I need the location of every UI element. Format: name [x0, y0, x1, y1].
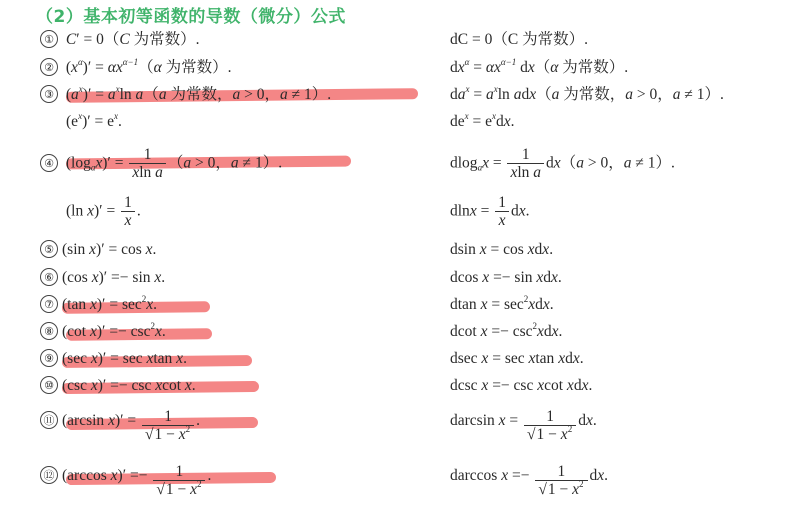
sym: sin — [514, 269, 532, 286]
sym: x — [519, 203, 526, 220]
sym: ， — [608, 155, 624, 172]
sym: cos — [503, 241, 524, 258]
differential-2: dxα = αxα−1 dx（α 为常数）. — [450, 58, 628, 78]
sym: d — [565, 350, 573, 367]
sym: a — [71, 86, 79, 103]
sym: sin — [132, 269, 150, 286]
sym: = — [506, 412, 523, 429]
sym: 为常数 — [134, 31, 181, 48]
sym: ） — [569, 31, 585, 48]
circled-number-2: ② — [40, 58, 58, 76]
sym: 为常数 — [166, 59, 213, 76]
sqrt: √1 − x2 — [527, 426, 573, 444]
sym: > — [584, 155, 601, 172]
sym: d — [450, 86, 458, 103]
sym: d — [450, 31, 458, 48]
sym: . — [137, 203, 141, 220]
sym: a — [576, 155, 584, 172]
sym: x — [458, 59, 465, 76]
sym: ln — [120, 86, 132, 103]
sym: . — [192, 377, 196, 394]
numerator: 1 — [129, 146, 166, 164]
sym: ln — [71, 203, 83, 220]
sym: 1 − — [537, 426, 561, 443]
formula-table: ① C′ = 0（C 为常数）. ② (xα)′ = αxα−1（α 为常数）.… — [0, 0, 798, 507]
differential-11: darcsin x = 1√1 − x2dx. — [450, 408, 597, 444]
sym: （ — [138, 59, 154, 76]
sym: x — [91, 377, 98, 394]
sym: =− — [488, 377, 513, 394]
sqrt-sign: √ — [527, 426, 536, 443]
sym: ln — [498, 86, 510, 103]
differential-ln: dlnx = 1xdx. — [450, 194, 529, 230]
sym: > — [191, 155, 208, 172]
sym: a — [155, 164, 163, 181]
denominator: x — [121, 212, 135, 230]
sym: （ — [535, 59, 551, 76]
sym: ， — [264, 86, 280, 103]
sym: x — [567, 377, 574, 394]
sym: x — [480, 241, 487, 258]
sym: . — [118, 113, 122, 130]
sym: csc — [513, 323, 533, 340]
sym: . — [228, 59, 232, 76]
sym: x — [537, 323, 544, 340]
sym: C — [66, 31, 76, 48]
fraction: 1√1 − x2 — [524, 408, 576, 444]
sym: e — [107, 113, 114, 130]
sym: x — [92, 269, 99, 286]
sym: x — [91, 350, 98, 367]
sym: = — [91, 59, 108, 76]
denominator: √1 − x2 — [142, 426, 194, 444]
differential-8: dcot x =− csc2xdx. — [450, 322, 562, 342]
sym: . — [720, 86, 724, 103]
sym: x — [111, 467, 118, 484]
differential-4: dlogax = 1xln adx（a > 0，a ≠ 1）. — [450, 146, 675, 182]
denominator: √1 − x2 — [535, 481, 587, 499]
sym: d — [535, 296, 543, 313]
sym: ≠ — [288, 86, 304, 103]
sym: d — [450, 323, 458, 340]
denominator: x — [495, 212, 509, 230]
sym: csc — [132, 377, 152, 394]
sym: 为常数 — [562, 59, 609, 76]
sym: > — [240, 86, 257, 103]
derivative-11: ⑪(arcsin x)′ = 1√1 − x2. — [40, 408, 200, 444]
differential-5: dsin x = cos xdx. — [450, 240, 553, 260]
sym: x — [554, 155, 561, 172]
sym: . — [207, 467, 211, 484]
sym: d — [450, 203, 458, 220]
sym: d — [496, 113, 504, 130]
sym: ） — [655, 155, 671, 172]
sym: （ — [104, 31, 120, 48]
sym: tan — [535, 350, 554, 367]
sym: 1 — [304, 86, 312, 103]
sym: = — [489, 155, 506, 172]
sym: x — [482, 155, 489, 172]
sym: log — [458, 155, 478, 172]
differential-7: dtan x = sec2xdx. — [450, 295, 554, 315]
fraction: 1√1 − x2 — [535, 463, 587, 499]
sym: α — [486, 59, 494, 76]
derivative-7: ⑦(tan x)′ = sec2x. — [40, 295, 157, 315]
sym: x — [586, 412, 593, 429]
differential-exp: dex = exdx. — [450, 112, 515, 132]
sym: =− — [487, 323, 512, 340]
radicand: 1 − x2 — [547, 480, 585, 498]
sym: d — [520, 59, 528, 76]
sym: = — [470, 86, 487, 103]
sym: . — [278, 155, 282, 172]
derivative-10: ⑩(csc x)′ =− csc xcot x. — [40, 376, 196, 396]
sqrt: √1 − x2 — [145, 426, 191, 444]
sqrt-sign: √ — [145, 426, 154, 443]
derivative-3: ③ (ax)′ = axln a（a 为常数，a > 0，a ≠ 1）. — [40, 85, 331, 105]
sym: sin — [458, 241, 476, 258]
circled-number-10: ⑩ — [40, 376, 58, 394]
sym: sec — [67, 350, 87, 367]
sym: x — [116, 59, 123, 76]
radicand: 1 − x2 — [154, 425, 192, 443]
sym: （ — [492, 31, 508, 48]
sym: = — [91, 113, 108, 130]
sym: ） — [212, 59, 228, 76]
sym: α−1 — [123, 57, 138, 67]
sym: a — [183, 155, 191, 172]
sym: x — [108, 412, 115, 429]
sym: 0 — [96, 31, 104, 48]
sym: α — [108, 59, 116, 76]
sym: . — [196, 412, 200, 429]
sym: . — [153, 241, 157, 258]
sym: 1 − — [155, 426, 179, 443]
sym: cot — [67, 323, 86, 340]
sym: ） — [609, 59, 625, 76]
sym: = — [91, 86, 108, 103]
sym: = — [487, 241, 504, 258]
sym: d — [544, 323, 552, 340]
sym: cot — [162, 377, 181, 394]
sym: d — [450, 241, 458, 258]
sym: x — [89, 241, 96, 258]
sym: a — [159, 86, 167, 103]
fraction: 1√1 − x2 — [142, 408, 194, 444]
sym: = — [124, 412, 141, 429]
sym: arcsin — [458, 412, 495, 429]
derivative-6: ⑥(cos x)′ =− sin x. — [40, 268, 165, 288]
sym: . — [593, 412, 597, 429]
derivative-exp: (ex)′ = ex. — [66, 112, 122, 132]
sym: ） — [180, 31, 196, 48]
sym: . — [559, 323, 563, 340]
sqrt: √1 − x2 — [538, 481, 584, 499]
sym: = — [469, 59, 486, 76]
sym: sec — [123, 350, 143, 367]
sym: = — [80, 31, 97, 48]
sym: . — [183, 350, 187, 367]
sym: = — [105, 241, 122, 258]
differential-12: darccos x =− 1√1 − x2dx. — [450, 463, 608, 499]
sym: = — [488, 350, 505, 367]
sym: 为常数 — [170, 86, 217, 103]
sym: ） — [263, 155, 279, 172]
sym: sin — [67, 241, 85, 258]
sym: tan — [153, 350, 172, 367]
sym: d — [511, 203, 519, 220]
sym: 1 — [255, 155, 263, 172]
sym: a — [231, 155, 239, 172]
denominator: xln a — [129, 164, 166, 182]
circled-number-8: ⑧ — [40, 322, 58, 340]
sym: . — [671, 155, 675, 172]
sym: csc — [67, 377, 87, 394]
sym: ln — [139, 164, 151, 181]
sym: = — [487, 296, 504, 313]
sqrt-sign: √ — [156, 481, 165, 498]
sym: . — [153, 296, 157, 313]
sym: x — [71, 59, 78, 76]
circled-number-3: ③ — [40, 85, 58, 103]
sym: cos — [121, 241, 142, 258]
sym: x — [470, 203, 477, 220]
sym: . — [604, 467, 608, 484]
sym: = — [477, 203, 494, 220]
sym: x — [90, 323, 97, 340]
sym: x — [551, 269, 558, 286]
fraction: 1x — [495, 194, 509, 230]
sym: =− — [106, 377, 131, 394]
sym: x — [179, 426, 186, 443]
sym: . — [584, 31, 588, 48]
sym: ） — [705, 86, 721, 103]
sym: x — [90, 296, 97, 313]
differential-9: dsec x = sec xtan xdx. — [450, 349, 584, 369]
sqrt-sign: √ — [538, 481, 547, 498]
sym: 2 — [579, 479, 584, 489]
sym: . — [558, 269, 562, 286]
sym: = — [111, 155, 128, 172]
differential-10: dcsc x =− csc xcot xdx. — [450, 376, 592, 396]
sym: . — [549, 241, 553, 258]
denominator: √1 − x2 — [153, 481, 205, 499]
sym: x — [572, 481, 579, 498]
sym: = — [103, 203, 120, 220]
circled-number-7: ⑦ — [40, 295, 58, 313]
differential-6: dcos x =− sin xdx. — [450, 268, 562, 288]
differential-3: dax = axln adx（a 为常数，a > 0，a ≠ 1）. — [450, 85, 724, 105]
sym: =− — [105, 323, 130, 340]
sym: C — [458, 31, 468, 48]
sym: x — [190, 481, 197, 498]
sym: x — [561, 426, 568, 443]
sym: arcsin — [67, 412, 104, 429]
radicand: 1 − x2 — [536, 425, 574, 443]
numerator: 1 — [495, 194, 509, 212]
sym: ， — [657, 86, 673, 103]
sym: （ — [143, 86, 159, 103]
derivative-2: ② (xα)′ = αxα−1（α 为常数）. — [40, 58, 232, 78]
sym: ln — [517, 164, 529, 181]
circled-number-11: ⑪ — [40, 411, 58, 429]
sym: sec — [458, 350, 478, 367]
sym: =− — [508, 467, 533, 484]
sym: ≠ — [631, 155, 647, 172]
sym: 为常数 — [563, 86, 610, 103]
sym: = — [469, 113, 486, 130]
sym: csc — [131, 323, 151, 340]
sym: log — [71, 155, 91, 172]
sym: = — [468, 31, 485, 48]
sym: ， — [217, 86, 233, 103]
fraction: 1√1 − x2 — [153, 463, 205, 499]
sym: sec — [505, 350, 525, 367]
sym: sec — [122, 296, 142, 313]
sym: x — [528, 59, 535, 76]
sym: cot — [544, 377, 563, 394]
sym: d — [578, 412, 586, 429]
sym: . — [511, 113, 515, 130]
sym: x — [528, 241, 535, 258]
denominator: √1 − x2 — [524, 426, 576, 444]
sym: x — [504, 113, 511, 130]
sym: x — [499, 412, 506, 429]
derivative-9: ⑨(sec x)′ = sec xtan x. — [40, 349, 187, 369]
sym: d — [543, 269, 551, 286]
sym: arccos — [458, 467, 498, 484]
circled-number-9: ⑨ — [40, 349, 58, 367]
sym: （ — [168, 155, 184, 172]
sym: a — [673, 86, 681, 103]
derivative-ln: (ln x)′ = 1x. — [66, 194, 141, 230]
sym: （ — [536, 86, 552, 103]
sym: x — [573, 350, 580, 367]
circled-number-12: ⑫ — [40, 466, 58, 484]
sym: d — [574, 377, 582, 394]
sym: 1 − — [548, 481, 572, 498]
sym: ， — [610, 86, 626, 103]
sym: csc — [514, 377, 534, 394]
sym: d — [450, 155, 458, 172]
sym: =− — [107, 269, 132, 286]
sym: d — [450, 269, 458, 286]
sym: d — [450, 377, 458, 394]
sym: e — [458, 113, 465, 130]
sym: ≠ — [239, 155, 255, 172]
fraction: 1xln a — [507, 146, 544, 182]
derivative-1: ① C′ = 0（C 为常数）. — [40, 30, 200, 50]
sym: e — [485, 113, 492, 130]
fraction: 1xln a — [129, 146, 166, 182]
sym: cos — [458, 269, 479, 286]
sym: . — [196, 31, 200, 48]
sym: =− — [489, 269, 514, 286]
sym: . — [327, 86, 331, 103]
sym: ） — [312, 86, 328, 103]
sym: x — [543, 296, 550, 313]
sym: x — [87, 203, 94, 220]
circled-number-5: ⑤ — [40, 240, 58, 258]
sym: ≠ — [681, 86, 697, 103]
sym: 2 — [186, 424, 191, 434]
sym: 为常数 — [522, 31, 569, 48]
derivative-4: ④ (logax)′ = 1xln a（a > 0，a ≠ 1）. — [40, 146, 282, 182]
sym: a — [625, 86, 633, 103]
sym: =− — [126, 467, 151, 484]
sym: . — [580, 350, 584, 367]
sym: d — [546, 155, 554, 172]
radicand: 1 − x2 — [165, 480, 203, 498]
sym: ， — [215, 155, 231, 172]
denominator: xln a — [507, 164, 544, 182]
sym: ln — [458, 203, 470, 220]
sym: d — [450, 59, 458, 76]
sym: d — [450, 467, 458, 484]
sym: = — [106, 350, 123, 367]
derivative-5: ⑤(sin x)′ = cos x. — [40, 240, 156, 260]
sym: > — [633, 86, 650, 103]
sym: C — [119, 31, 129, 48]
sym: tan — [67, 296, 86, 313]
sym: . — [624, 59, 628, 76]
sqrt: √1 − x2 — [156, 481, 202, 499]
sym: x — [494, 59, 501, 76]
sym: . — [550, 296, 554, 313]
sym: sec — [504, 296, 524, 313]
sym: 1 — [697, 86, 705, 103]
numerator: 1 — [121, 194, 135, 212]
sym: . — [526, 203, 530, 220]
sym: = — [105, 296, 122, 313]
sym: x — [185, 377, 192, 394]
sym: d — [450, 412, 458, 429]
sym: tan — [458, 296, 477, 313]
fraction: 1x — [121, 194, 135, 230]
derivative-8: ⑧(cot x)′ =− csc2x. — [40, 322, 166, 342]
sym: csc — [458, 377, 478, 394]
sym: a — [108, 86, 116, 103]
sym: 2 — [197, 479, 202, 489]
circled-number-1: ① — [40, 30, 58, 48]
circled-number-6: ⑥ — [40, 268, 58, 286]
sym: . — [162, 323, 166, 340]
sym: 1 − — [166, 481, 190, 498]
circled-number-4: ④ — [40, 154, 58, 172]
sym: cos — [67, 269, 88, 286]
sym: a — [486, 86, 494, 103]
sym: a — [533, 164, 541, 181]
sym: a — [458, 86, 466, 103]
sym: . — [588, 377, 592, 394]
sym: arccos — [67, 467, 107, 484]
sym: d — [450, 113, 458, 130]
sym: x — [552, 323, 559, 340]
sym: . — [161, 269, 165, 286]
sym: d — [450, 350, 458, 367]
sym: a — [280, 86, 288, 103]
differential-1: dC = 0（C 为常数）. — [450, 30, 588, 50]
sym: x — [155, 323, 162, 340]
sym: α — [154, 59, 162, 76]
numerator: 1 — [507, 146, 544, 164]
derivative-12: ⑫(arccos x)′ =− 1√1 − x2. — [40, 463, 211, 499]
sym: （ — [561, 155, 577, 172]
sym: x — [146, 241, 153, 258]
sym: d — [450, 296, 458, 313]
sym: α−1 — [501, 57, 516, 67]
sym: cot — [458, 323, 477, 340]
